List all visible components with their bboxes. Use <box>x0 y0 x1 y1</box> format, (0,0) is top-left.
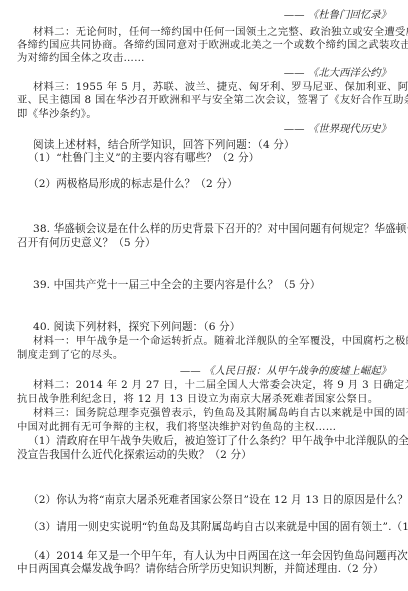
q40-material1-line2: 制度走到了它的尽头。 <box>17 348 123 362</box>
material-line: 中国对此拥有无可争辩的主权，我们将坚决维护对钓鱼岛的主权…… <box>0 420 408 434</box>
q37-prompt: 阅读上述材料，结合所学知识，回答下列问题：（4 分） <box>33 138 295 152</box>
question-line: （2）你认为将“南京大屠杀死难者国家公祭日”设在 12 月 13 日的原因是什么… <box>0 493 408 507</box>
material-line: 材料三：国务院总理李克强曾表示，钓鱼岛及其附属岛屿自古以来就是中国的固有领土， <box>0 406 408 420</box>
q40-material2-line2: 抗日战争胜利纪念日，将 12 月 13 日设立为南京大屠杀死难者国家公祭日。 <box>17 392 379 406</box>
q40-title: 40. 阅读下列材料，探究下列问题：（6 分） <box>33 320 240 334</box>
question-line: 40. 阅读下列材料，探究下列问题：（6 分） <box>0 320 408 334</box>
material-line: 材料二：无论何时，任何一缔约国中任何一国领土之完整、政治独立或安全遭受威胁， <box>0 25 408 39</box>
source-line: —— 《人民日报：从甲午战争的废墟上崛起》 <box>0 364 408 378</box>
q40-material1-line1: 材料一：甲午战争是一个命运转折点。随着北洋舰队的全军覆没，中国腐朽之极的封建 <box>33 334 408 348</box>
source-line: —— 《北大西洋公约》 <box>0 66 408 80</box>
q37-material2-line2: 各缔约国应共同协商。各缔约国同意对于欧洲或北美之一个或数个缔约国之武装攻击，应视 <box>17 38 408 52</box>
question-line: 中日两国真会爆发战争吗？请你结合所学历史知识判断，并简述理由.（2 分） <box>0 562 408 576</box>
material-line: 抗日战争胜利纪念日，将 12 月 13 日设立为南京大屠杀死难者国家公祭日。 <box>0 392 408 406</box>
question-line: 39. 中国共产党十一届三中全会的主要内容是什么？（5 分） <box>0 278 408 292</box>
q40-material3-line1: 材料三：国务院总理李克强曾表示，钓鱼岛及其附属岛屿自古以来就是中国的固有领土， <box>33 406 408 420</box>
q40-sub1-line2: 没宣告我国什么近代化探索运动的失败？（2 分） <box>17 448 252 462</box>
question-line: （2）两极格局形成的标志是什么？（2 分） <box>0 177 408 191</box>
material-line: 制度走到了它的尽头。 <box>0 348 408 362</box>
question-line: （3）请用一则史实说明“钓鱼岛及其附属岛屿自古以来就是中国的固有领土”.（1 分… <box>0 520 408 534</box>
q37-material3-line3: 即《华沙条约》。 <box>17 107 97 121</box>
material-line: 材料三：1955 年 5 月，苏联、波兰、捷克、匈牙利、罗马尼亚、保加利亚、阿尔… <box>0 80 408 94</box>
q37-material3-line1: 材料三：1955 年 5 月，苏联、波兰、捷克、匈牙利、罗马尼亚、保加利亚、阿尔… <box>33 80 408 94</box>
q40-material2-line1: 材料二：2014 年 2 月 27 日，十二届全国人大常委会决定，将 9 月 3… <box>33 378 408 392</box>
source-modern-history: —— 《世界现代历史》 <box>284 122 391 136</box>
source-line: —— 《世界现代历史》 <box>0 122 408 136</box>
q37-material2-line1: 材料二：无论何时，任何一缔约国中任何一国领土之完整、政治独立或安全遭受威胁， <box>33 25 408 39</box>
question-line: 召开有何历史意义？（5 分） <box>0 236 408 250</box>
material-line: 各缔约国应共同协商。各缔约国同意对于欧洲或北美之一个或数个缔约国之武装攻击，应视 <box>0 38 408 52</box>
material-line: 为对缔约国全体之攻击…… <box>0 51 408 65</box>
source-line: —— 《杜鲁门回忆录》 <box>0 8 408 22</box>
material-line: 材料二：2014 年 2 月 27 日，十二届全国人大常委会决定，将 9 月 3… <box>0 378 408 392</box>
question-line: 阅读上述材料，结合所学知识，回答下列问题：（4 分） <box>0 138 408 152</box>
material-line: 即《华沙条约》。 <box>0 107 408 121</box>
q37-material3-line2: 亚、民主德国 8 国在华沙召开欧洲和平与安全第二次会议，签署了《友好合作互助条约… <box>17 93 408 107</box>
question-line: （4）2014 年又是一个甲午年，有人认为中日两国在这一年会因钓鱼岛问题再次开战… <box>0 549 408 563</box>
q40-sub4-line1: （4）2014 年又是一个甲午年，有人认为中日两国在这一年会因钓鱼岛问题再次开战… <box>28 549 408 563</box>
question-line: 38. 华盛顿会议是在什么样的历史背景下召开的？对中国问题有何规定？华盛顿会议的 <box>0 222 408 236</box>
q37-sub2: （2）两极格局形成的标志是什么？（2 分） <box>28 177 238 191</box>
q40-sub2: （2）你认为将“南京大屠杀死难者国家公祭日”设在 12 月 13 日的原因是什么… <box>28 493 408 507</box>
source-peoples-daily: —— 《人民日报：从甲午战争的废墟上崛起》 <box>180 364 391 378</box>
q38-line2: 召开有何历史意义？（5 分） <box>17 236 156 250</box>
source-truman: —— 《杜鲁门回忆录》 <box>284 8 391 22</box>
q37-sub1: （1）“杜鲁门主义”的主要内容有哪些？（2 分） <box>28 151 259 165</box>
question-line: 没宣告我国什么近代化探索运动的失败？（2 分） <box>0 448 408 462</box>
q39-text: 39. 中国共产党十一届三中全会的主要内容是什么？（5 分） <box>33 278 321 292</box>
question-line: （1）清政府在甲午战争失败后，被迫签订了什么条约？甲午战争中北洋舰队的全军覆 <box>0 434 408 448</box>
question-line: （1）“杜鲁门主义”的主要内容有哪些？（2 分） <box>0 151 408 165</box>
q40-material3-line2: 中国对此拥有无可争辩的主权，我们将坚决维护对钓鱼岛的主权…… <box>17 420 336 434</box>
source-nato: —— 《北大西洋公约》 <box>284 66 391 80</box>
material-line: 亚、民主德国 8 国在华沙召开欧洲和平与安全第二次会议，签署了《友好合作互助条约… <box>0 93 408 107</box>
q38-line1: 38. 华盛顿会议是在什么样的历史背景下召开的？对中国问题有何规定？华盛顿会议的 <box>33 222 408 236</box>
material-line: 材料一：甲午战争是一个命运转折点。随着北洋舰队的全军覆没，中国腐朽之极的封建 <box>0 334 408 348</box>
q37-material2-line3: 为对缔约国全体之攻击…… <box>17 51 145 65</box>
q40-sub1-line1: （1）清政府在甲午战争失败后，被迫签订了什么条约？甲午战争中北洋舰队的全军覆 <box>28 434 408 448</box>
q40-sub3: （3）请用一则史实说明“钓鱼岛及其附属岛屿自古以来就是中国的固有领土”.（1 分… <box>28 520 408 534</box>
q40-sub4-line2: 中日两国真会爆发战争吗？请你结合所学历史知识判断，并简述理由.（2 分） <box>17 562 384 576</box>
